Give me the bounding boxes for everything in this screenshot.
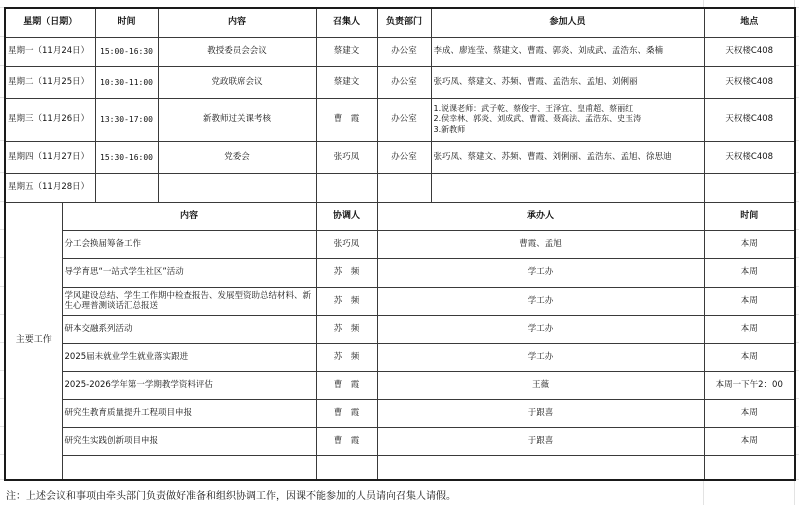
attendees-cell[interactable]: 李成、廖连莹、蔡建文、曹霞、郭炎、刘成武、孟浩东、桑楠 xyxy=(431,37,704,66)
coordinator-cell[interactable] xyxy=(316,455,377,480)
header-dept: 负责部门 xyxy=(377,8,431,37)
handler-cell[interactable]: 学工办 xyxy=(377,287,704,315)
work-row[interactable]: 导学育思“一站式学生社区”活动 苏 频 学工办 本周 xyxy=(5,258,795,287)
location-cell[interactable] xyxy=(704,173,795,202)
content-cell[interactable]: 党政联席会议 xyxy=(158,66,316,98)
work-row[interactable]: 2025-2026学年第一学期教学资料评估 曹 霞 王薇 本周一下午2：00 xyxy=(5,371,795,399)
location-cell[interactable]: 天权楼C408 xyxy=(704,37,795,66)
schedule-row-thursday[interactable]: 星期四（11月27日） 15:30-16:00 党委会 张巧凤 办公室 张巧凤、… xyxy=(5,141,795,173)
work-time-cell[interactable]: 本周 xyxy=(704,399,795,427)
time-cell[interactable] xyxy=(95,173,158,202)
handler-cell[interactable]: 王薇 xyxy=(377,371,704,399)
work-row[interactable]: 研究生实践创新项目申报 曹 霞 于跟喜 本周 xyxy=(5,427,795,455)
header-time: 时间 xyxy=(95,8,158,37)
coordinator-cell[interactable]: 苏 频 xyxy=(316,287,377,315)
convener-cell[interactable] xyxy=(316,173,377,202)
attendee-line: 1.说课老师：武子乾、蔡俊宇、王泽宜、皇甫超、蔡丽红 xyxy=(434,104,702,115)
work-time-cell[interactable]: 本周 xyxy=(704,427,795,455)
work-row[interactable]: 学风建设总结、学生工作期中检查报告、发展型资助总结材料、新生心理普测谈话汇总报送… xyxy=(5,287,795,315)
handler-cell[interactable]: 学工办 xyxy=(377,343,704,371)
coordinator-cell[interactable]: 曹 霞 xyxy=(316,399,377,427)
schedule-row-friday[interactable]: 星期五（11月28日） xyxy=(5,173,795,202)
convener-cell[interactable]: 曹 霞 xyxy=(316,98,377,141)
footnote: 注：上述会议和事项由牵头部门负责做好准备和组织协调工作，因课不能参加的人员请向召… xyxy=(6,487,456,502)
work-content-cell[interactable]: 研究生教育质量提升工程项目申报 xyxy=(62,399,316,427)
convener-cell[interactable]: 蔡建文 xyxy=(316,66,377,98)
header-work-content: 内容 xyxy=(62,202,316,230)
attendee-line: 2.侯幸林、郭炎、刘成武、曹霞、聂高法、孟浩东、史玉涛 xyxy=(434,114,702,125)
handler-cell[interactable]: 于跟喜 xyxy=(377,427,704,455)
header-day: 星期（日期） xyxy=(5,8,95,37)
work-row[interactable]: 2025届未就业学生就业落实跟进 苏 频 学工办 本周 xyxy=(5,343,795,371)
work-content-cell[interactable]: 2025届未就业学生就业落实跟进 xyxy=(62,343,316,371)
convener-cell[interactable]: 蔡建文 xyxy=(316,37,377,66)
header-handler: 承办人 xyxy=(377,202,704,230)
day-cell[interactable]: 星期三（11月26日） xyxy=(5,98,95,141)
handler-cell[interactable]: 学工办 xyxy=(377,258,704,287)
work-content-cell[interactable] xyxy=(62,455,316,480)
schedule-row-monday[interactable]: 星期一（11月24日） 15:00-16:30 教授委员会会议 蔡建文 办公室 … xyxy=(5,37,795,66)
schedule-row-wednesday[interactable]: 星期三（11月26日） 13:30-17:00 新教师过关课考核 曹 霞 办公室… xyxy=(5,98,795,141)
main-work-section-label: 主要工作 xyxy=(5,202,62,480)
work-time-cell[interactable]: 本周 xyxy=(704,315,795,343)
header-location: 地点 xyxy=(704,8,795,37)
content-cell[interactable]: 教授委员会会议 xyxy=(158,37,316,66)
dept-cell[interactable]: 办公室 xyxy=(377,141,431,173)
weekly-schedule-table: 星期（日期） 时间 内容 召集人 负责部门 参加人员 地点 星期一（11月24日… xyxy=(4,7,796,481)
location-cell[interactable]: 天权楼C408 xyxy=(704,66,795,98)
main-work-header-row: 主要工作 内容 协调人 承办人 时间 xyxy=(5,202,795,230)
work-content-cell[interactable]: 2025-2026学年第一学期教学资料评估 xyxy=(62,371,316,399)
content-cell[interactable] xyxy=(158,173,316,202)
coordinator-cell[interactable]: 曹 霞 xyxy=(316,427,377,455)
dept-cell[interactable]: 办公室 xyxy=(377,66,431,98)
work-content-cell[interactable]: 导学育思“一站式学生社区”活动 xyxy=(62,258,316,287)
work-time-cell[interactable] xyxy=(704,455,795,480)
coordinator-cell[interactable]: 曹 霞 xyxy=(316,371,377,399)
work-time-cell[interactable]: 本周 xyxy=(704,287,795,315)
work-row[interactable]: 分工会换届筹备工作 张巧凤 曹霞、孟旭 本周 xyxy=(5,230,795,258)
handler-cell[interactable]: 曹霞、孟旭 xyxy=(377,230,704,258)
attendees-cell[interactable]: 张巧凤、蔡建文、苏频、曹霞、刘俐丽、孟浩东、孟旭、徐思迪 xyxy=(431,141,704,173)
header-convener: 召集人 xyxy=(316,8,377,37)
location-cell[interactable]: 天权楼C408 xyxy=(704,98,795,141)
work-row[interactable]: 研究生教育质量提升工程项目申报 曹 霞 于跟喜 本周 xyxy=(5,399,795,427)
handler-cell[interactable] xyxy=(377,455,704,480)
header-attendees: 参加人员 xyxy=(431,8,704,37)
coordinator-cell[interactable]: 苏 频 xyxy=(316,315,377,343)
header-work-time: 时间 xyxy=(704,202,795,230)
day-cell[interactable]: 星期一（11月24日） xyxy=(5,37,95,66)
dept-cell[interactable]: 办公室 xyxy=(377,98,431,141)
time-cell[interactable]: 15:00-16:30 xyxy=(95,37,158,66)
work-content-cell[interactable]: 分工会换届筹备工作 xyxy=(62,230,316,258)
work-time-cell[interactable]: 本周 xyxy=(704,258,795,287)
coordinator-cell[interactable]: 张巧凤 xyxy=(316,230,377,258)
handler-cell[interactable]: 学工办 xyxy=(377,315,704,343)
day-cell[interactable]: 星期四（11月27日） xyxy=(5,141,95,173)
work-time-cell[interactable]: 本周 xyxy=(704,343,795,371)
work-time-cell[interactable]: 本周一下午2：00 xyxy=(704,371,795,399)
work-row-empty[interactable] xyxy=(5,455,795,480)
dept-cell[interactable] xyxy=(377,173,431,202)
dept-cell[interactable]: 办公室 xyxy=(377,37,431,66)
content-cell[interactable]: 党委会 xyxy=(158,141,316,173)
attendee-line: 3.新教师 xyxy=(434,125,702,136)
content-cell[interactable]: 新教师过关课考核 xyxy=(158,98,316,141)
work-content-cell[interactable]: 研究生实践创新项目申报 xyxy=(62,427,316,455)
work-content-cell[interactable]: 学风建设总结、学生工作期中检查报告、发展型资助总结材料、新生心理普测谈话汇总报送 xyxy=(62,287,316,315)
time-cell[interactable]: 13:30-17:00 xyxy=(95,98,158,141)
coordinator-cell[interactable]: 苏 频 xyxy=(316,343,377,371)
attendees-cell[interactable] xyxy=(431,173,704,202)
time-cell[interactable]: 15:30-16:00 xyxy=(95,141,158,173)
schedule-header-row: 星期（日期） 时间 内容 召集人 负责部门 参加人员 地点 xyxy=(5,8,795,37)
schedule-row-tuesday[interactable]: 星期二（11月25日） 10:30-11:00 党政联席会议 蔡建文 办公室 张… xyxy=(5,66,795,98)
work-time-cell[interactable]: 本周 xyxy=(704,230,795,258)
handler-cell[interactable]: 于跟喜 xyxy=(377,399,704,427)
day-cell[interactable]: 星期五（11月28日） xyxy=(5,173,95,202)
work-row[interactable]: 研本交融系列活动 苏 频 学工办 本周 xyxy=(5,315,795,343)
header-content: 内容 xyxy=(158,8,316,37)
location-cell[interactable]: 天权楼C408 xyxy=(704,141,795,173)
header-coordinator: 协调人 xyxy=(316,202,377,230)
day-cell[interactable]: 星期二（11月25日） xyxy=(5,66,95,98)
attendees-cell[interactable]: 张巧凤、蔡建文、苏频、曹霞、孟浩东、孟旭、刘俐丽 xyxy=(431,66,704,98)
convener-cell[interactable]: 张巧凤 xyxy=(316,141,377,173)
time-cell[interactable]: 10:30-11:00 xyxy=(95,66,158,98)
coordinator-cell[interactable]: 苏 频 xyxy=(316,258,377,287)
work-content-cell[interactable]: 研本交融系列活动 xyxy=(62,315,316,343)
attendees-cell[interactable]: 1.说课老师：武子乾、蔡俊宇、王泽宜、皇甫超、蔡丽红 2.侯幸林、郭炎、刘成武、… xyxy=(431,98,704,141)
